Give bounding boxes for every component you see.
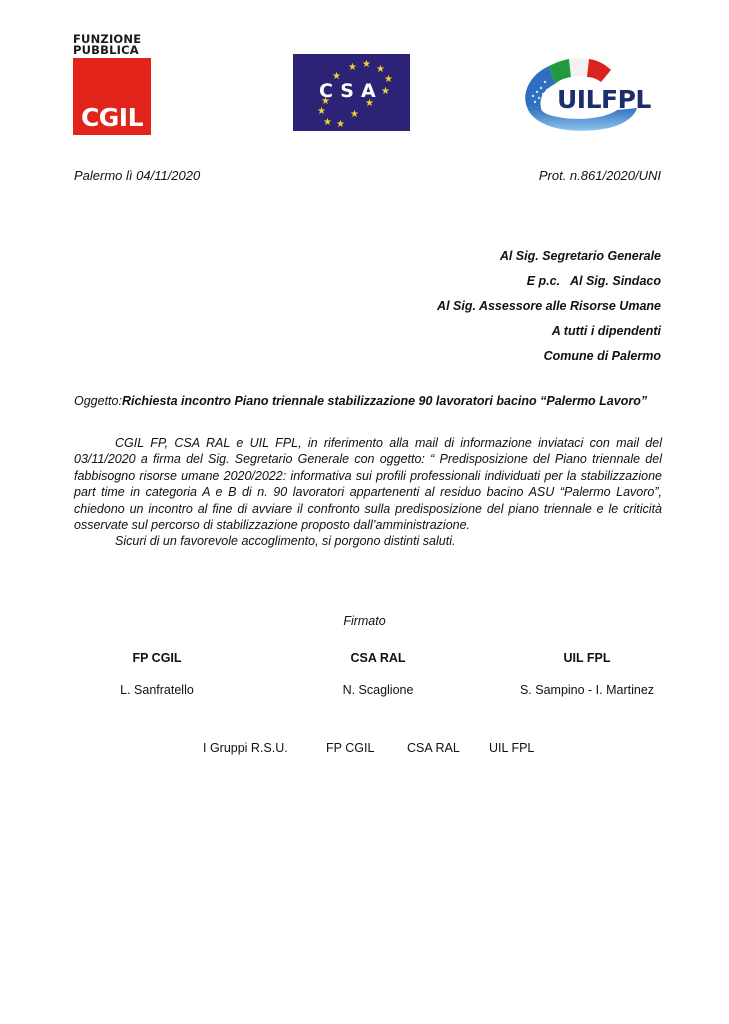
signature-org: FP CGIL xyxy=(57,651,257,665)
svg-text:★: ★ xyxy=(362,59,371,70)
signature-name: S. Sampino - I. Martinez xyxy=(487,683,687,697)
signature-name: L. Sanfratello xyxy=(57,683,257,697)
rsu-item: FP CGIL xyxy=(326,741,407,755)
recipient-line: Al Sig. Assessore alle Risorse Umane xyxy=(437,294,661,319)
recipient-line: E p.c. Al Sig. Sindaco xyxy=(437,269,661,294)
cgil-logo-line-2: PUBBLICA xyxy=(73,45,151,56)
svg-text:★: ★ xyxy=(336,119,345,130)
signature-column: CSA RAL N. Scaglione xyxy=(278,651,478,697)
subject-label: Oggetto: xyxy=(74,394,122,408)
cgil-logo-text: CGIL xyxy=(73,103,151,132)
svg-text:★: ★ xyxy=(348,62,357,73)
signature-name: N. Scaglione xyxy=(278,683,478,697)
signature-org: CSA RAL xyxy=(278,651,478,665)
letter-body: CGIL FP, CSA RAL e UIL FPL, in riferimen… xyxy=(74,435,662,550)
rsu-item: CSA RAL xyxy=(407,741,489,755)
signed-label: Firmato xyxy=(0,614,729,628)
signature-column: UIL FPL S. Sampino - I. Martinez xyxy=(487,651,687,697)
body-paragraph: CGIL FP, CSA RAL e UIL FPL, in riferimen… xyxy=(74,435,662,533)
svg-text:★: ★ xyxy=(350,109,359,120)
body-paragraph: Sicuri di un favorevole accoglimento, si… xyxy=(74,533,662,549)
subject-text: Richiesta incontro Piano triennale stabi… xyxy=(122,394,647,408)
cgil-logo-box: CGIL xyxy=(73,58,151,135)
svg-text:★: ★ xyxy=(317,106,326,117)
protocol-number: Prot. n.861/2020/UNI xyxy=(539,168,661,183)
svg-text:★: ★ xyxy=(384,74,393,85)
uil-logo-text: UILFPL xyxy=(557,85,651,114)
recipient-line: Al Sig. Segretario Generale xyxy=(437,244,661,269)
csa-logo-text: CSA xyxy=(319,80,383,102)
cgil-logo: FUNZIONE PUBBLICA CGIL xyxy=(73,34,151,135)
rsu-item: UIL FPL xyxy=(489,741,534,755)
place-date: Palermo lì 04/11/2020 xyxy=(74,168,200,183)
uil-logo: UILFPL xyxy=(517,52,647,140)
recipient-line: Comune di Palermo xyxy=(437,344,661,369)
recipient-line: A tutti i dipendenti xyxy=(437,319,661,344)
csa-logo: ★ ★ ★ ★ ★ ★ ★ ★ ★ ★ ★ ★ CSA xyxy=(293,54,410,131)
recipients-block: Al Sig. Segretario Generale E p.c. Al Si… xyxy=(437,244,661,369)
subject-line: Oggetto:Richiesta incontro Piano trienna… xyxy=(74,394,647,408)
svg-text:★: ★ xyxy=(323,117,332,128)
signature-org: UIL FPL xyxy=(487,651,687,665)
signature-column: FP CGIL L. Sanfratello xyxy=(57,651,257,697)
rsu-groups-line: I Gruppi R.S.U.FP CGILCSA RALUIL FPL xyxy=(203,741,534,755)
rsu-item: I Gruppi R.S.U. xyxy=(203,741,326,755)
